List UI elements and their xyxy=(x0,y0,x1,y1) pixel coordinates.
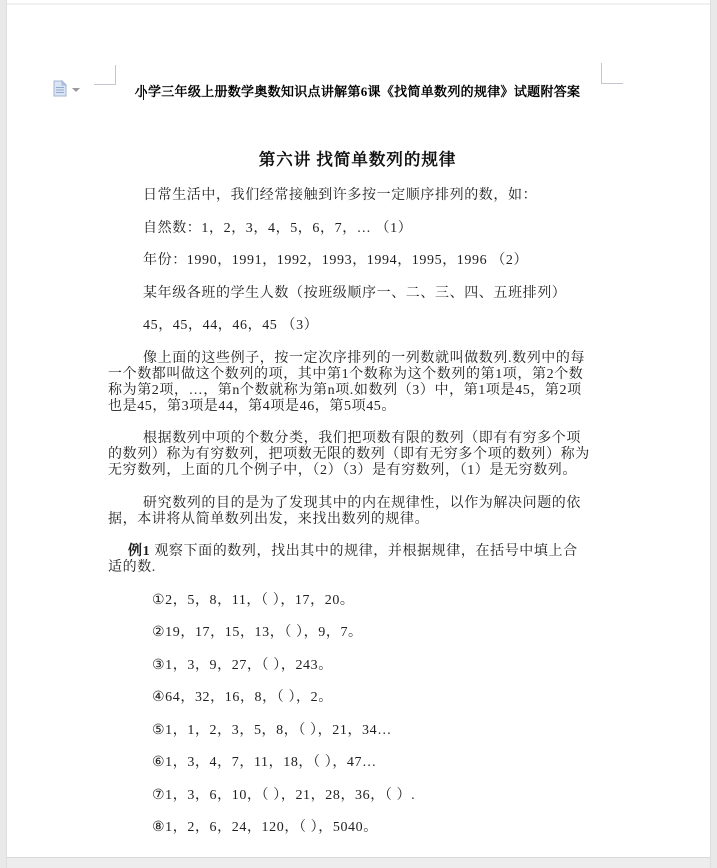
lesson-heading: 第六讲 找简单数列的规律 xyxy=(108,150,607,170)
document-canvas[interactable]: 小学三年级上册数学奥数知识点讲解第6课《找简单数列的规律》试题附答案 第六讲 找… xyxy=(108,84,607,853)
margin-mark-top-right xyxy=(601,63,623,84)
paragraph-classification: 根据数列中项的个数分类，我们把项数有限的数列（即有有穷多个项的数列）称为有穷数列… xyxy=(108,431,590,479)
paragraph-years: 年份：1990，1991，1992，1993，1994，1995，1996 （2… xyxy=(108,253,590,269)
paragraph-class-sizes: 45，45，44，46，45 （3） xyxy=(108,318,590,334)
page-edge-left xyxy=(0,0,7,868)
paragraph-intro: 日常生活中，我们经常接触到许多按一定顺序排列的数，如： xyxy=(108,188,590,204)
sequence-item-4: ④64，32，16，8，（ ），2。 xyxy=(152,690,590,706)
paragraph-definition: 像上面的这些例子，按一定次序排列的一列数就叫做数列.数列中的每一个数都叫做这个数… xyxy=(108,351,590,415)
sequence-item-1: ①2，5，8，11，（ ），17，20。 xyxy=(152,593,590,609)
margin-mark-top-left xyxy=(94,65,116,85)
paragraph-purpose: 研究数列的目的是为了发现其中的内在规律性，以作为解决问题的依据，本讲将从简单数列… xyxy=(108,496,590,528)
paragraph-class-sizes-intro: 某年级各班的学生人数（按班级顺序一、二、三、四、五班排列） xyxy=(108,286,590,302)
document-options-button[interactable] xyxy=(53,80,83,100)
sequence-item-2: ②19，17，15，13，（ ），9，7。 xyxy=(152,625,590,641)
example1-prompt: 例1 观察下面的数列，找出其中的规律，并根据规律，在括号中填上合适的数. xyxy=(108,544,590,576)
sequence-item-5: ⑤1，1，2，3，5，8，（ ），21，34… xyxy=(152,723,590,739)
page-edge-top xyxy=(7,3,710,5)
document-viewport: { "page": { "title": "小学三年级上册数学奥数知识点讲解第6… xyxy=(0,0,717,868)
page-edge-bottom xyxy=(7,857,710,868)
sequence-item-7: ⑦1，3，6，10，（ ），21，28，36，（ ）. xyxy=(152,788,590,804)
sequence-item-3: ③1，3，9，27，（ ），243。 xyxy=(152,658,590,674)
sequence-item-8: ⑧1，2，6，24，120，（ ），5040。 xyxy=(152,820,590,836)
document-body: 日常生活中，我们经常接触到许多按一定顺序排列的数，如： 自然数：1，2，3，4，… xyxy=(108,188,590,836)
example1-label: 例1 xyxy=(128,544,150,559)
page-edge-right xyxy=(710,0,717,868)
example1-prompt-text: 观察下面的数列，找出其中的规律，并根据规律，在括号中填上合适的数. xyxy=(108,544,578,575)
document-title: 小学三年级上册数学奥数知识点讲解第6课《找简单数列的规律》试题附答案 xyxy=(108,84,607,100)
chevron-down-icon xyxy=(72,88,80,92)
sequence-item-6: ⑥1，3，4，7，11，18，（ ），47… xyxy=(152,755,590,771)
paragraph-natural-numbers: 自然数：1，2，3，4，5，6，7，… （1） xyxy=(108,221,590,237)
